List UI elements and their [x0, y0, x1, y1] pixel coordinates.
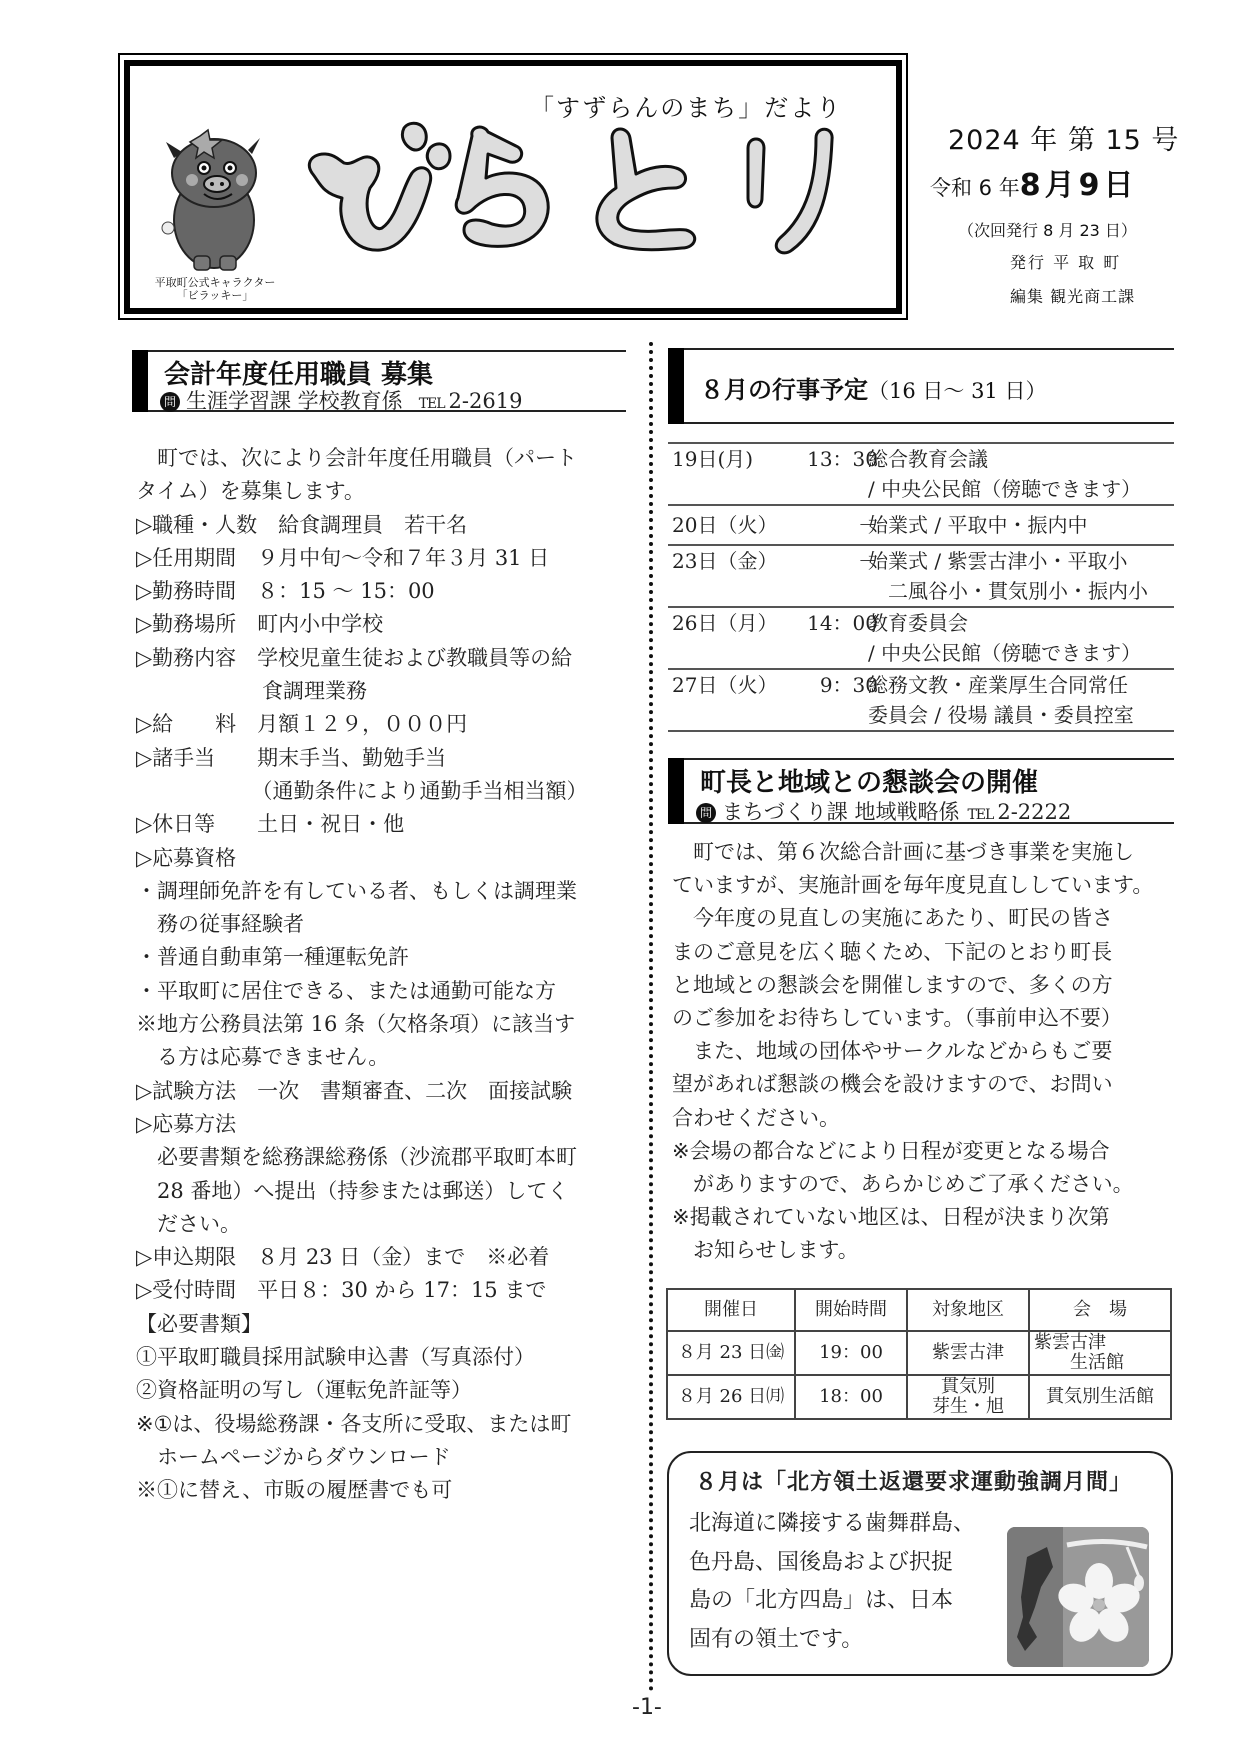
header-bar — [132, 350, 148, 412]
schedule-time: － — [798, 510, 878, 540]
schedule-range: （16 日～ 31 日） — [868, 379, 1046, 403]
newsletter-logo-title — [292, 118, 872, 258]
meeting-section-header: 町長と地域との懇談会の開催 問まちづくり課 地域戦略係TEL2-2222 — [668, 758, 1174, 824]
schedule-time: 14：00 — [798, 608, 878, 638]
meeting-body: 町では、第６次総合計画に基づき事業を実施し ていますが、実施計画を毎年度見直しし… — [672, 836, 1153, 1268]
tel-icon: TEL — [419, 396, 445, 412]
cell-venue: 貫気別生活館 — [1029, 1375, 1171, 1419]
schedule-table: 19日(月) 13：30 総合教育会議 / 中央公民館（傍聴できます） 20日（… — [668, 442, 1174, 732]
table-row: ８月 26 日㈪ 18：00 貫気別 芽生・旭 貫気別生活館 — [667, 1375, 1171, 1419]
recruit-body: 町では、次により会計年度任用職員（パート タイム）を募集します。 ▷職種・人数 … — [136, 442, 588, 1508]
cell-area: 貫気別 芽生・旭 — [907, 1375, 1029, 1419]
issue-date: 8月9日 — [1020, 168, 1138, 203]
issue-date-line: 令和 6 年8月9日 — [930, 160, 1137, 204]
mascot-caption-line2: 「ビラッキー」 — [140, 289, 290, 302]
col-header-venue: 会 場 — [1029, 1289, 1171, 1331]
cell-time: 18：00 — [795, 1375, 907, 1419]
schedule-time: － — [798, 546, 878, 576]
meeting-schedule-table: 開催日 開始時間 対象地区 会 場 ８月 23 日㈮ 19：00 紫雲古津 紫雲… — [666, 1288, 1172, 1420]
schedule-row: 26日（月） 14：00 教育委員会 / 中央公民館（傍聴できます） — [668, 606, 1174, 668]
schedule-event: 始業式 / 平取中・振内中 — [868, 510, 1174, 540]
publisher: 発行 平 取 町 — [1010, 250, 1121, 273]
recruit-contact: 問生涯学習課 学校教育係TEL2-2619 — [160, 385, 522, 415]
schedule-event: 総務文教・産業厚生合同常任 委員会 / 役場 議員・委員控室 — [868, 670, 1174, 730]
next-issue-date: （次回発行 8 月 23 日） — [958, 218, 1137, 241]
schedule-section-header: ８月の行事予定（16 日～ 31 日） — [668, 348, 1174, 424]
column-divider — [649, 342, 653, 1692]
schedule-row: 20日（火） － 始業式 / 平取中・振内中 — [668, 504, 1174, 544]
meeting-contact-dept: まちづくり課 地域戦略係 — [722, 800, 959, 824]
recruit-section-header: 会計年度任用職員 募集 問生涯学習課 学校教育係TEL2-2619 — [132, 350, 626, 412]
schedule-event: 総合教育会議 / 中央公民館（傍聴できます） — [868, 444, 1174, 504]
schedule-title: ８月の行事予定（16 日～ 31 日） — [700, 370, 1046, 405]
col-header-date: 開催日 — [667, 1289, 795, 1331]
schedule-row: 27日（火） 9：30 総務文教・産業厚生合同常任 委員会 / 役場 議員・委員… — [668, 668, 1174, 732]
col-header-area: 対象地区 — [907, 1289, 1029, 1331]
inquiry-icon: 問 — [696, 803, 716, 823]
table-header-row: 開催日 開始時間 対象地区 会 場 — [667, 1289, 1171, 1331]
schedule-time: 9：30 — [798, 670, 878, 700]
recruit-tel[interactable]: 2-2619 — [449, 389, 523, 413]
schedule-date: 23日（金） — [672, 546, 777, 576]
schedule-date: 26日（月） — [672, 608, 777, 638]
cell-area: 紫雲古津 — [907, 1331, 1029, 1375]
cell-venue: 紫雲古津 生活館 — [1029, 1331, 1171, 1375]
schedule-event: 始業式 / 紫雲古津小・平取小 二風谷小・貫気別小・振内小 — [868, 546, 1174, 606]
col-header-time: 開始時間 — [795, 1289, 907, 1331]
schedule-date: 20日（火） — [672, 510, 777, 540]
cell-date: ８月 23 日㈮ — [667, 1331, 795, 1375]
northern-territories-title: ８月は「北方領土返還要求運動強調月間」 — [695, 1465, 1132, 1496]
cell-date: ８月 26 日㈪ — [667, 1375, 795, 1419]
mascot-caption: 平取町公式キャラクター 「ビラッキー」 — [140, 276, 290, 302]
meeting-title: 町長と地域との懇談会の開催 — [700, 762, 1038, 799]
mascot-biracky-illustration — [152, 128, 272, 273]
recruit-contact-dept: 生涯学習課 学校教育係 — [186, 389, 403, 413]
table-row: ８月 23 日㈮ 19：00 紫雲古津 紫雲古津 生活館 — [667, 1331, 1171, 1375]
cell-time: 19：00 — [795, 1331, 907, 1375]
schedule-row: 19日(月) 13：30 総合教育会議 / 中央公民館（傍聴できます） — [668, 442, 1174, 504]
schedule-row: 23日（金） － 始業式 / 紫雲古津小・平取小 二風谷小・貫気別小・振内小 — [668, 544, 1174, 606]
cherry-blossom-map-icon — [1007, 1527, 1149, 1667]
era-year: 令和 6 年 — [930, 176, 1020, 200]
issue-number: 2024 年 第 15 号 — [948, 118, 1179, 157]
meeting-contact: 問まちづくり課 地域戦略係TEL2-2222 — [696, 796, 1071, 826]
header-bar — [668, 348, 684, 424]
schedule-date: 19日(月) — [672, 444, 753, 474]
page-number: -1- — [632, 1695, 662, 1720]
schedule-event: 教育委員会 / 中央公民館（傍聴できます） — [868, 608, 1174, 668]
meeting-tel[interactable]: 2-2222 — [997, 800, 1071, 824]
schedule-title-text: ８月の行事予定 — [700, 376, 868, 404]
schedule-time: 13：30 — [798, 444, 878, 474]
mascot-caption-line1: 平取町公式キャラクター — [140, 276, 290, 289]
northern-territories-emblem-image — [1007, 1527, 1149, 1667]
editor: 編集 観光商工課 — [1010, 284, 1135, 307]
tel-icon: TEL — [967, 807, 993, 823]
schedule-date: 27日（火） — [672, 670, 777, 700]
northern-territories-box: ８月は「北方領土返還要求運動強調月間」 北海道に隣接する歯舞群島、 色丹島、国後… — [667, 1451, 1173, 1676]
inquiry-icon: 問 — [160, 392, 180, 412]
header-bar — [668, 758, 684, 824]
northern-territories-body: 北海道に隣接する歯舞群島、 色丹島、国後島および択捉 島の「北方四島」は、日本 … — [689, 1505, 975, 1659]
